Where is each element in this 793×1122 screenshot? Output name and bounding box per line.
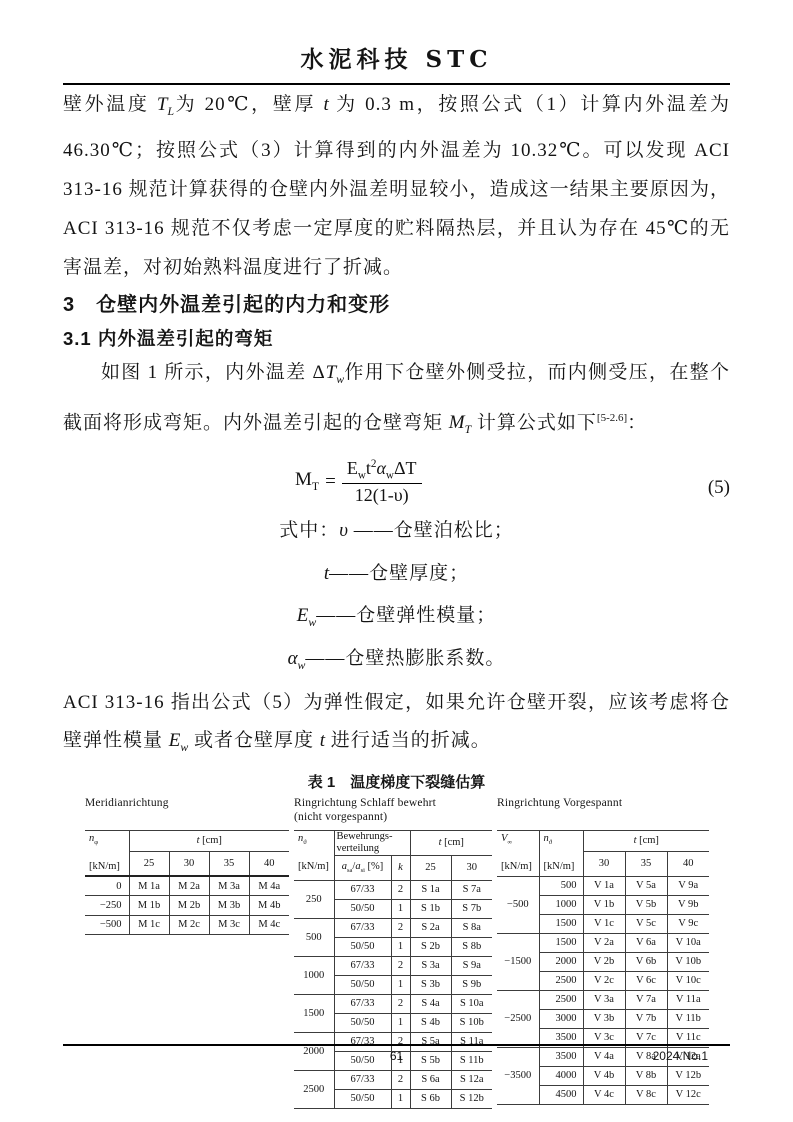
table-cell: S 8b <box>451 937 492 956</box>
table-cell: S 4b <box>410 1013 451 1032</box>
col-header-35: 35 <box>625 851 667 876</box>
table-cell: V 4c <box>583 1085 625 1104</box>
table-cell: 1 <box>391 937 410 956</box>
table-cell: V 4a <box>583 1047 625 1066</box>
issue-label: 2024.No.1 <box>653 1049 708 1063</box>
citation-ref: [5-2.6] <box>597 412 627 424</box>
text-segment: w <box>336 373 344 386</box>
table-cell: S 3b <box>410 975 451 994</box>
variable-Tw: Tw <box>326 362 344 383</box>
text-segment: —— <box>316 605 356 626</box>
table-row: 250067/332S 6aS 12a <box>294 1070 492 1089</box>
table-row: 150067/332S 4aS 10a <box>294 994 492 1013</box>
table-cell: M 2b <box>169 896 209 916</box>
definition-line: 式中：υ ——仓壁泊松比； <box>63 513 730 556</box>
table-cell: S 2a <box>410 918 451 937</box>
unit-label: [kN/m] <box>544 861 575 872</box>
col-header-n-theta: nϑ [kN/m] <box>539 830 583 876</box>
paragraph-aci: ACI 313-16 指出公式（5）为弹性假定，如果允许仓壁开裂，应该考虑将仓壁… <box>63 684 730 767</box>
table-cell: 1 <box>391 975 410 994</box>
table-cell: 67/33 <box>334 918 391 937</box>
table-cell: V 1a <box>583 876 625 895</box>
variable-Ew: Ew <box>169 730 188 751</box>
text-segment: —— <box>348 520 394 541</box>
table-cell: 2 <box>391 1070 410 1089</box>
paragraph-moment: 如图 1 所示，内外温差 ΔTw作用下仓壁外侧受拉，而内侧受压，在整个截面将形成… <box>63 353 730 449</box>
table-cell: 2 <box>391 994 410 1013</box>
text-segment: ΔT <box>394 458 417 478</box>
table-cell: 1 <box>391 899 410 918</box>
col-header-40: 40 <box>667 851 709 876</box>
text-segment: T <box>326 362 337 383</box>
text-segment: 进行适当的折减。 <box>325 730 491 751</box>
text-segment: [cm] <box>636 835 658 846</box>
variable-MT: MT <box>449 412 471 433</box>
table-cell: 67/33 <box>334 1032 391 1051</box>
table-row: −500M 1cM 2cM 3cM 4c <box>85 915 289 935</box>
text-segment: 壁外温度 <box>63 94 157 115</box>
table-cell: S 11b <box>451 1051 492 1070</box>
col-header-30: 30 <box>451 855 492 880</box>
group-label: 2500 <box>294 1070 334 1108</box>
n-value: 2000 <box>539 952 583 971</box>
subsection-heading: 3.1 内外温差引起的弯矩 <box>63 325 730 353</box>
text-segment: ϑ <box>303 839 306 846</box>
n-value: 4500 <box>539 1085 583 1104</box>
table-row: 100067/332S 3aS 9a <box>294 956 492 975</box>
table-cell: S 7b <box>451 899 492 918</box>
n-value: 3500 <box>539 1047 583 1066</box>
table-cell: S 6a <box>410 1070 451 1089</box>
text-segment: 或者仓壁厚度 <box>188 730 320 751</box>
text-segment: ： <box>627 412 647 433</box>
col-header-n-theta: nϑ [kN/m] <box>294 830 334 880</box>
symbol-Ew: Ew <box>297 605 316 626</box>
col-header-n-phi: nφ [kN/m] <box>85 830 129 876</box>
meridian-body: 0M 1aM 2aM 3aM 4a−250M 1bM 2bM 3bM 4b−50… <box>85 876 289 935</box>
text-segment: [cm] <box>199 835 221 846</box>
col-header-30: 30 <box>169 851 209 876</box>
table-cell: V 10a <box>667 933 709 952</box>
n-value: 2500 <box>539 971 583 990</box>
definition-line: Ew——仓壁弹性模量； <box>63 598 730 641</box>
group-label: −3500 <box>497 1047 539 1104</box>
table-cell: M 2c <box>169 915 209 935</box>
text-segment: verteilung <box>337 843 408 855</box>
text-segment: ϑ <box>549 839 552 846</box>
table-cell: S 9b <box>451 975 492 994</box>
fraction: Ewt2αwΔT 12(1-υ) <box>342 458 422 506</box>
table-cell: S 9a <box>451 956 492 975</box>
table-cell: S 8a <box>451 918 492 937</box>
variable-TL: TL <box>157 94 174 115</box>
table-cell: M 3a <box>209 876 249 896</box>
vorgespannt-table: V∞ [kN/m] nϑ [kN/m] t [cm] <box>497 830 709 1105</box>
col-header-k: k <box>391 855 410 880</box>
table-cell: V 2a <box>583 933 625 952</box>
table-cell: V 3a <box>583 990 625 1009</box>
unit-label: [kN/m] <box>298 861 329 872</box>
text-segment: φ <box>94 839 98 846</box>
journal-title: 水泥科技 STC <box>63 0 730 76</box>
table-cell: V 12b <box>667 1066 709 1085</box>
text-segment: 为 0.3 m，按照公式（1）计算内外温差为 46.30℃；按照公式（3）计算得… <box>63 94 730 278</box>
table-cell: 67/33 <box>334 880 391 899</box>
n-value: 1500 <box>539 933 583 952</box>
definition-line: αw——仓壁热膨胀系数。 <box>63 641 730 684</box>
table-cell: V 7a <box>625 990 667 1009</box>
col-header-40: 40 <box>249 851 289 876</box>
subtable-title: Meridianrichtung <box>85 796 289 830</box>
group-label: −2500 <box>497 990 539 1047</box>
text-segment: α <box>376 458 385 478</box>
symbol-n-theta: nϑ <box>544 833 552 846</box>
col-header-t: t [cm] <box>129 830 289 851</box>
text-segment: T <box>157 94 168 115</box>
text-segment: 式中： <box>279 520 339 541</box>
table-cell: 50/50 <box>334 899 391 918</box>
col-header-ratio: asa/asi [%] <box>334 855 391 880</box>
equation-number: (5) <box>708 477 730 499</box>
table-cell: S 11a <box>451 1032 492 1051</box>
table-cell: M 4a <box>249 876 289 896</box>
schlaff-body: 25067/332S 1aS 7a50/501S 1bS 7b50067/332… <box>294 880 492 1108</box>
table-cell: 50/50 <box>334 1013 391 1032</box>
text-segment: α <box>376 458 385 478</box>
table-cell: V 2c <box>583 971 625 990</box>
col-header-V: V∞ [kN/m] <box>497 830 539 876</box>
text-segment: (nicht vorgespannt) <box>294 810 492 824</box>
text-segment: E <box>169 730 181 751</box>
row-label: 0 <box>85 876 129 896</box>
row-label: −500 <box>85 915 129 935</box>
col-header-25: 25 <box>410 855 451 880</box>
unit-label: [kN/m] <box>89 861 120 872</box>
group-label: 250 <box>294 880 334 918</box>
text-segment: α <box>288 648 298 669</box>
col-header-t: t [cm] <box>583 830 709 851</box>
page-number: 61 <box>390 1049 403 1063</box>
table-cell: 2 <box>391 956 410 975</box>
symbol-upsilon: υ <box>339 520 348 541</box>
unit-label: [kN/m] <box>501 861 532 872</box>
fraction-denominator: 12(1-υ) <box>342 484 422 506</box>
table-cell: 67/33 <box>334 1070 391 1089</box>
group-label: 500 <box>294 918 334 956</box>
equals-sign: = <box>325 471 336 493</box>
group-label: 2000 <box>294 1032 334 1070</box>
paragraph-intro: 壁外温度 TL为 20℃，壁厚 t 为 0.3 m，按照公式（1）计算内外温差为… <box>63 85 730 287</box>
col-header-30: 30 <box>583 851 625 876</box>
table-cell: V 11b <box>667 1009 709 1028</box>
text-segment: M <box>295 469 312 490</box>
table-cell: V 9b <box>667 895 709 914</box>
table-cell: S 12b <box>451 1089 492 1108</box>
document-page: 水泥科技 STC 壁外温度 TL为 20℃，壁厚 t 为 0.3 m，按照公式（… <box>0 0 793 1122</box>
table-cell: M 3b <box>209 896 249 916</box>
table-cell: S 3a <box>410 956 451 975</box>
vorgespannt-body: −500500V 1aV 5aV 9a1000V 1bV 5bV 9b1500V… <box>497 876 709 1104</box>
table-cell: M 2a <box>169 876 209 896</box>
table-cell: V 6c <box>625 971 667 990</box>
symbol-alpha-w: αw <box>288 648 306 669</box>
table-cell: S 4a <box>410 994 451 1013</box>
page-content: 水泥科技 STC 壁外温度 TL为 20℃，壁厚 t 为 0.3 m，按照公式（… <box>0 0 793 1109</box>
text-segment: [%] <box>365 861 383 872</box>
table-cell: S 1b <box>410 899 451 918</box>
text-segment: E <box>297 605 309 626</box>
text-segment: 仓壁厚度； <box>369 563 469 584</box>
table-row: 25067/332S 1aS 7a <box>294 880 492 899</box>
table-cell: V 8c <box>625 1085 667 1104</box>
table-row: 0M 1aM 2aM 3aM 4a <box>85 876 289 896</box>
text-segment: E <box>347 458 358 478</box>
table-cell: 1 <box>391 1013 410 1032</box>
text-segment: 仓壁热膨胀系数。 <box>345 648 505 669</box>
table-row: −500500V 1aV 5aV 9a <box>497 876 709 895</box>
table-row: −25002500V 3aV 7aV 11a <box>497 990 709 1009</box>
text-segment: k <box>398 862 403 873</box>
text-segment: —— <box>329 563 369 584</box>
text-segment: 仓壁弹性模量； <box>356 605 496 626</box>
group-label: 1000 <box>294 956 334 994</box>
table-row: −15001500V 2aV 6aV 10a <box>497 933 709 952</box>
table-cell: S 5a <box>410 1032 451 1051</box>
table-cell: V 2b <box>583 952 625 971</box>
text-segment: 如图 1 所示，内外温差 Δ <box>101 362 326 383</box>
table-cell: 50/50 <box>334 1051 391 1070</box>
table-cell: 1 <box>391 1089 410 1108</box>
definition-line: t——仓壁厚度； <box>63 556 730 599</box>
table-cell: S 2b <box>410 937 451 956</box>
row-label: −250 <box>85 896 129 916</box>
table-cell: V 6b <box>625 952 667 971</box>
n-value: 1000 <box>539 895 583 914</box>
table-cell: M 3c <box>209 915 249 935</box>
table-cell: V 4b <box>583 1066 625 1085</box>
table-cell: V 5b <box>625 895 667 914</box>
formula-lhs: MT <box>295 469 319 494</box>
n-value: 2500 <box>539 990 583 1009</box>
symbol-n-phi: nφ <box>89 833 98 846</box>
text-segment: w <box>386 470 394 482</box>
table-cell: V 6a <box>625 933 667 952</box>
group-label: −1500 <box>497 933 539 990</box>
section-heading: 3 仓壁内外温差引起的内力和变形 <box>63 289 730 321</box>
table-caption: 表 1 温度梯度下裂缝估算 <box>63 772 730 794</box>
table-cell: V 11a <box>667 990 709 1009</box>
meridian-table: nφ [kN/m] t [cm] 25 30 35 40 <box>85 830 289 936</box>
text-segment: —— <box>305 648 345 669</box>
text-segment: Ringrichtung Schlaff bewehrt <box>294 796 492 810</box>
table-cell: M 1c <box>129 915 169 935</box>
table-cell: M 4c <box>249 915 289 935</box>
table-cell: V 12c <box>667 1085 709 1104</box>
text-segment: υ <box>339 520 348 541</box>
text-segment: 为 20℃，壁厚 <box>174 94 323 115</box>
table-cell: V 1c <box>583 914 625 933</box>
table-cell: S 12a <box>451 1070 492 1089</box>
table-cell: 67/33 <box>334 994 391 1013</box>
table-cell: M 1b <box>129 896 169 916</box>
subtable-title: Ringrichtung Schlaff bewehrt (nicht vorg… <box>294 796 492 830</box>
table-cell: M 4b <box>249 896 289 916</box>
text-segment: T <box>312 480 319 493</box>
table-cell: V 5c <box>625 914 667 933</box>
formula-block: MT = Ewt2αwΔT 12(1-υ) (5) <box>63 451 730 513</box>
table-cell: V 10c <box>667 971 709 990</box>
table-cell: V 5a <box>625 876 667 895</box>
col-header-25: 25 <box>129 851 169 876</box>
table-row: −250M 1bM 2bM 3bM 4b <box>85 896 289 916</box>
n-value: 1500 <box>539 914 583 933</box>
table-cell: S 6b <box>410 1089 451 1108</box>
table-cell: V 3b <box>583 1009 625 1028</box>
text-segment: Bewehrungs- <box>337 831 408 843</box>
col-header-35: 35 <box>209 851 249 876</box>
schlaff-table: nϑ [kN/m] Bewehrungs- verteilung t [cm] <box>294 830 492 1109</box>
symbol-n-theta: nϑ <box>298 833 306 846</box>
formula-5: MT = Ewt2αwΔT 12(1-υ) <box>295 458 422 506</box>
n-value: 4000 <box>539 1066 583 1085</box>
group-label: −500 <box>497 876 539 933</box>
text-segment: M <box>449 412 465 433</box>
footer-rule <box>63 1044 730 1046</box>
subtable-title: Ringrichtung Vorgespannt <box>497 796 709 830</box>
table-cell: V 7b <box>625 1009 667 1028</box>
table-cell: S 10b <box>451 1013 492 1032</box>
table-cell: V 9a <box>667 876 709 895</box>
table-cell: 67/33 <box>334 956 391 975</box>
n-value: 3000 <box>539 1009 583 1028</box>
table-cell: V 8b <box>625 1066 667 1085</box>
table-cell: 2 <box>391 918 410 937</box>
table-cell: V 9c <box>667 914 709 933</box>
page-footer: 61 2024.No.1 <box>63 1044 730 1046</box>
col-header-t: t [cm] <box>410 830 492 855</box>
text-segment: w <box>358 470 366 482</box>
text-segment: 计算公式如下 <box>471 412 597 433</box>
table-cell: S 7a <box>451 880 492 899</box>
fraction-numerator: Ewt2αwΔT <box>342 458 422 484</box>
table-cell: S 5b <box>410 1051 451 1070</box>
table-cell: V 1b <box>583 895 625 914</box>
table-cell: S 1a <box>410 880 451 899</box>
table-cell: 50/50 <box>334 1089 391 1108</box>
text-segment: 仓壁泊松比； <box>394 520 514 541</box>
table-cell: M 1a <box>129 876 169 896</box>
table-cell: V 10b <box>667 952 709 971</box>
text-segment: [cm] <box>441 837 463 848</box>
col-header-bewehrung: Bewehrungs- verteilung <box>334 830 410 855</box>
table-cell: 2 <box>391 880 410 899</box>
symbol-V-inf: V∞ <box>501 833 512 846</box>
group-label: 1500 <box>294 994 334 1032</box>
text-segment: ∞ <box>507 839 512 846</box>
table-cell: 50/50 <box>334 937 391 956</box>
table-cell: 50/50 <box>334 975 391 994</box>
table-row: 50067/332S 2aS 8a <box>294 918 492 937</box>
table-meridian: Meridianrichtung nφ [kN/m] t [cm] <box>85 796 289 1109</box>
table-cell: S 10a <box>451 994 492 1013</box>
n-value: 500 <box>539 876 583 895</box>
